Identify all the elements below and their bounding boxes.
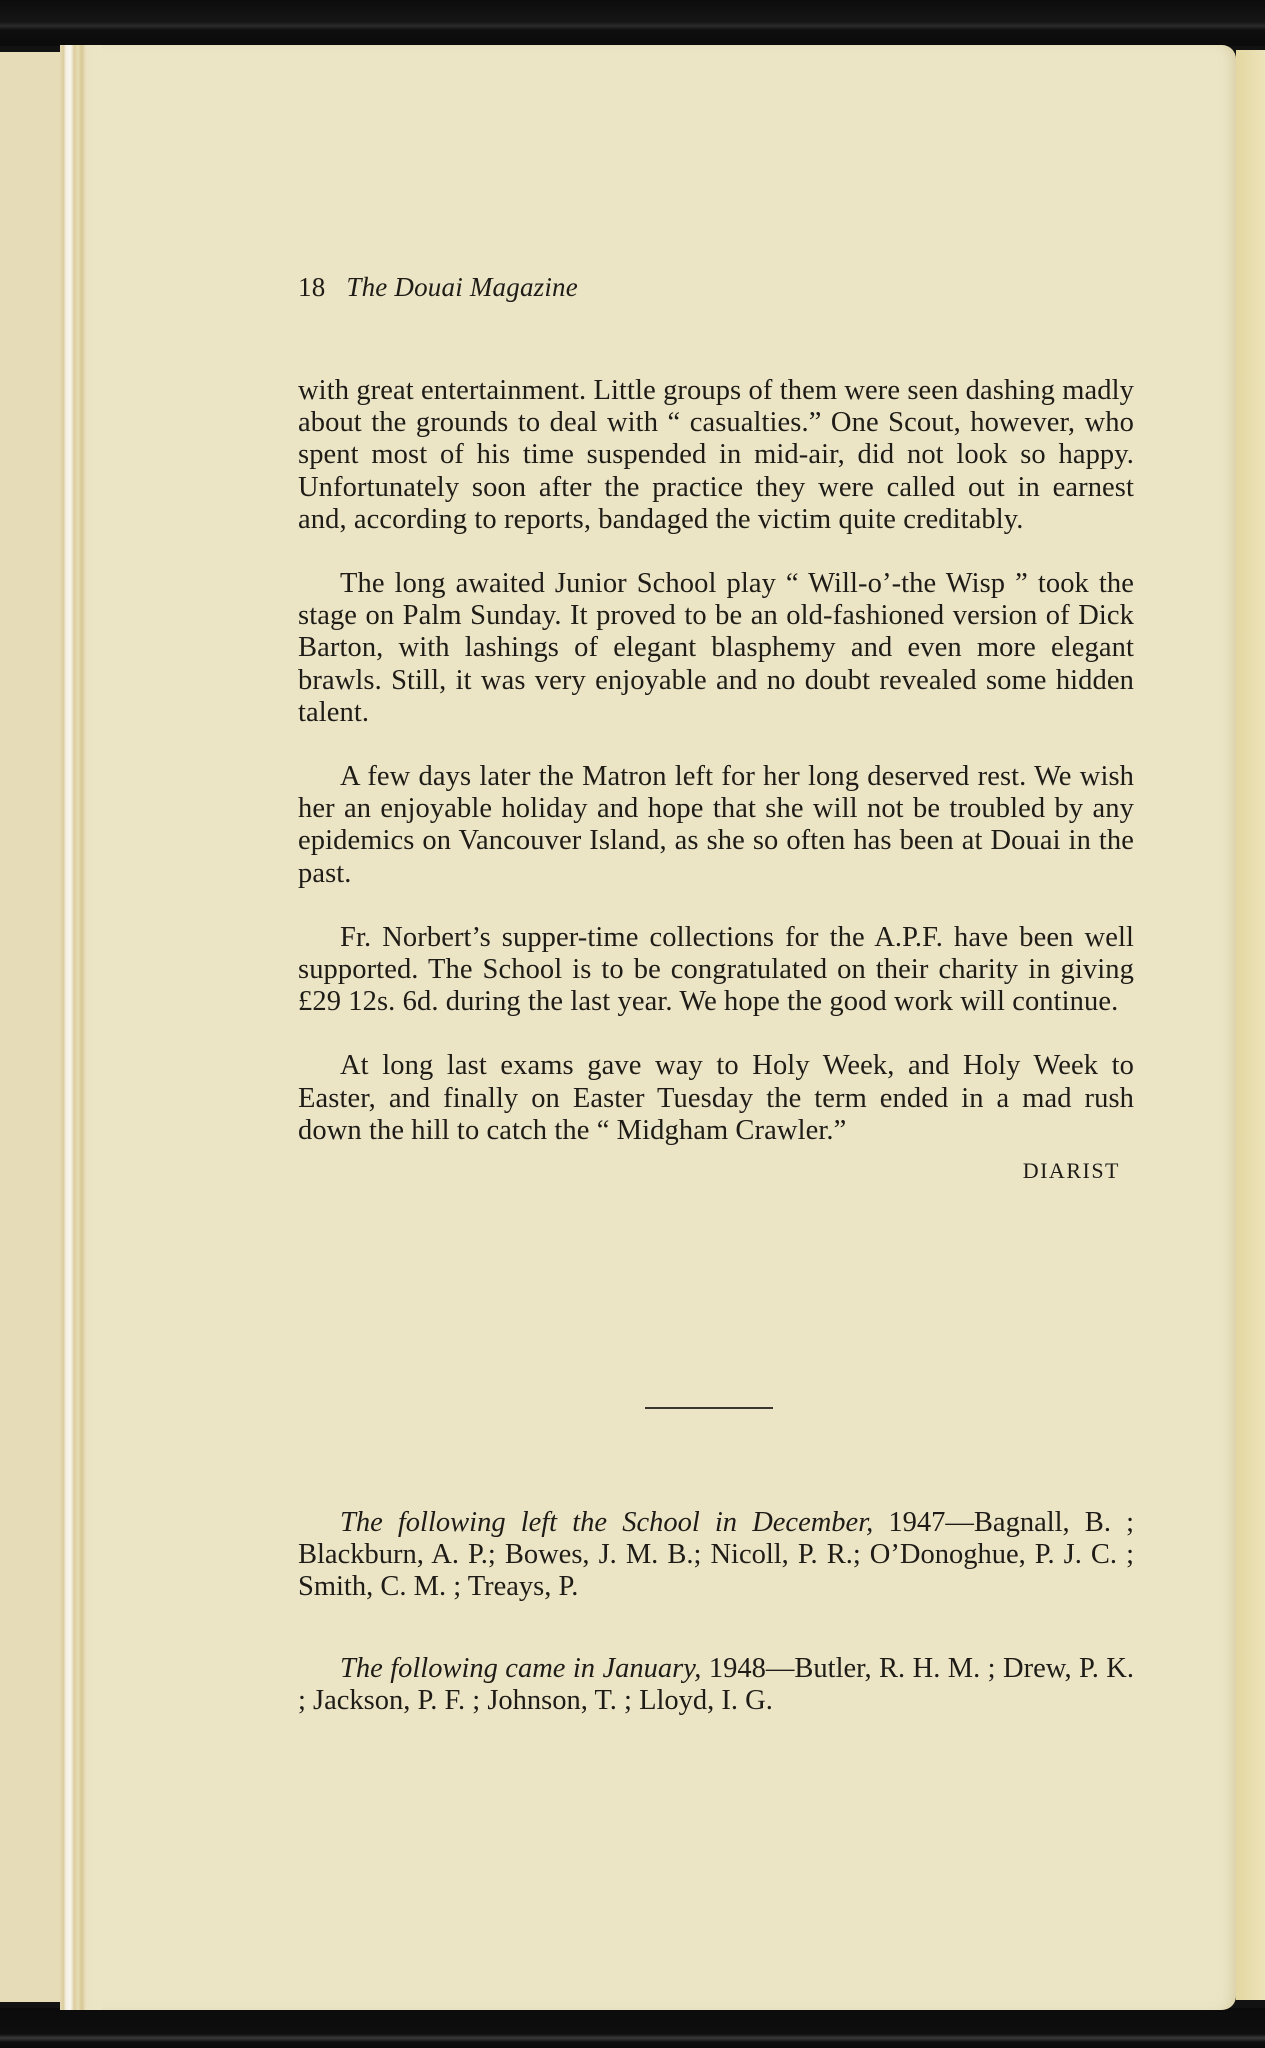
paragraph-5: At long last exams gave way to Holy Week… [298, 1050, 1134, 1147]
departures-lead: The following left the School in Decembe… [340, 1507, 873, 1538]
magazine-page: 18 The Douai Magazine with great enterta… [60, 45, 1236, 2010]
paragraph-1: with great entertainment. Little groups … [298, 375, 1134, 536]
horizontal-rule [645, 1407, 773, 1409]
departures-year: 1947— [873, 1507, 974, 1538]
scan-border-top [0, 0, 1265, 46]
facing-page-edge [0, 52, 60, 2002]
arrivals-notice: The following came in January, 1948—Butl… [298, 1653, 1134, 1717]
paragraph-2: The long awaited Junior School play “ Wi… [298, 568, 1134, 729]
departures-notice: The following left the School in Decembe… [298, 1507, 1134, 1604]
page-gutter [60, 45, 102, 2010]
running-header: 18 The Douai Magazine [298, 267, 1134, 307]
magazine-title: The Douai Magazine [346, 272, 578, 302]
text-column: 18 The Douai Magazine with great enterta… [298, 267, 1134, 307]
author-signature: DIARIST [298, 1155, 1134, 1187]
diary-body: with great entertainment. Little groups … [298, 375, 1134, 1187]
paragraph-4: Fr. Norbert’s supper-time collections fo… [298, 922, 1134, 1019]
paragraph-3: A few days later the Matron left for her… [298, 761, 1134, 890]
page-number: 18 [298, 272, 325, 302]
next-page-edge [1236, 50, 1265, 2000]
arrivals-year: 1948— [701, 1653, 794, 1684]
section-divider [298, 1407, 1134, 1409]
arrivals-lead: The following came in January, [340, 1653, 701, 1684]
scan-border-bottom [0, 2008, 1265, 2048]
